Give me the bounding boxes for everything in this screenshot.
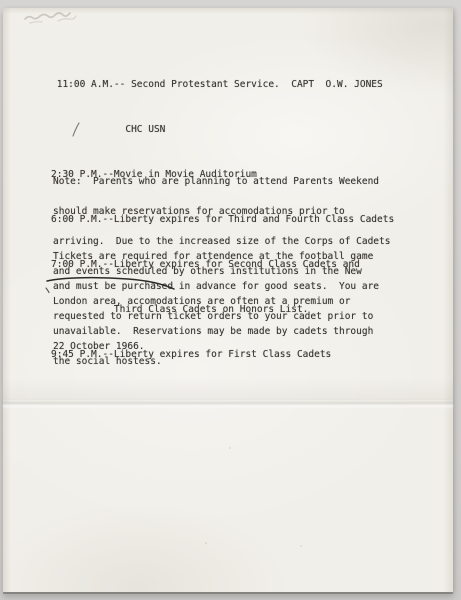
typed-line: and must be purchased in advance for goo… bbox=[53, 282, 379, 292]
typed-line: requested to return ticket orders to you… bbox=[53, 312, 379, 322]
typed-line: Tickets are required for attendence at t… bbox=[53, 252, 379, 262]
typed-line: 11:00 A.M.-- Second Protestant Service. … bbox=[51, 77, 394, 92]
fold-crease bbox=[3, 399, 453, 409]
typed-line: should make reservations for accomodatio… bbox=[53, 207, 390, 217]
typed-line: Note: Parents who are planning to attend… bbox=[53, 177, 390, 187]
tickets-paragraph: Tickets are required for attendence at t… bbox=[53, 232, 379, 372]
scanned-document: 11:00 A.M.-- Second Protestant Service. … bbox=[0, 0, 461, 600]
typed-line: CHC USN bbox=[51, 122, 394, 137]
typed-line: 22 October 1966. bbox=[53, 342, 379, 352]
